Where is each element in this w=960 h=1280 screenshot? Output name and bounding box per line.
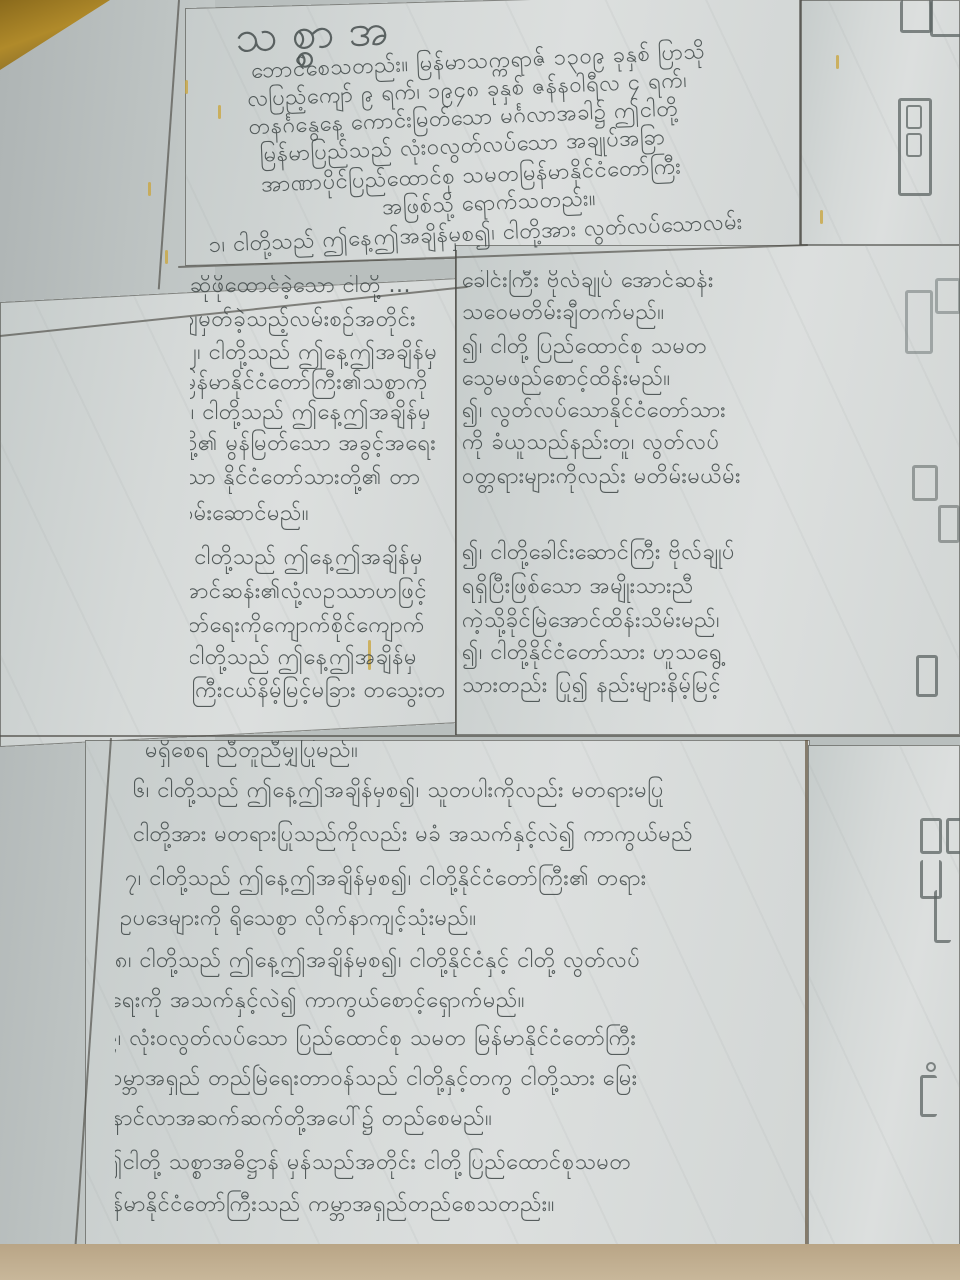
seam-bottom-right: [805, 740, 808, 1280]
inscription-line: ငါတို့အား မတရားပြုသည်ကိုလည်း မခံ အသက်နှင…: [133, 824, 693, 846]
inscription-line: ဥပဒေများကို ရိုသေစွာ လိုက်နာကျင့်သုံးမည်…: [120, 908, 477, 930]
inscription-line: မြန်မာနိုင်ငံတော်ကြီး၏သစ္စာကို: [190, 372, 428, 394]
inscription-line: မြန်မာနိုင်ငံတော်ကြီးသည် ကမ္ဘာအရှည်တည်စေ…: [115, 1194, 555, 1216]
inscription-line: နောင်လာအဆက်ဆက်တို့အပေါ်၌ တည်စေမည်။: [115, 1108, 492, 1130]
bottom-slab-text: မရှိစေရ ညီတူညီမျှပြုမည်။ ၆၊ ငါတို့သည် ဤန…: [115, 740, 805, 1260]
inscription-line: ထမ်းဆောင်မည်။: [190, 503, 309, 525]
marble-inscription-photo: သ စ္စာ အ ဘောင်စေသတည်း။ မြန်မာသက္ကရာဇ် ၁၃…: [0, 0, 960, 1280]
large-glyph-outline: [926, 1062, 936, 1072]
inscription-line: ၍၊ ငါတို့ခေါင်းဆောင်ကြီး ဗိုလ်ချုပ်: [462, 542, 735, 564]
inscription-line: ကဲ့သို့ခိုင်မြဲအောင်ထိန်းသိမ်းမည်၊: [462, 610, 720, 632]
inscription-line: ၄၊ ငါတို့သည် ဤနေ့ဤအချိန်မှ: [190, 547, 423, 569]
large-glyph-outline: [905, 290, 933, 354]
inscription-line: သဝေမတိမ်းချီတက်မည်။: [462, 302, 665, 324]
inscription-line: သော နိုင်ငံတော်သားတို့၏ တာ: [190, 467, 420, 489]
inscription-line: ကမ္ဘာအရှည် တည်မြဲရေးတာဝန်သည် ငါတို့နှင့်…: [115, 1068, 638, 1090]
gold-stain: [185, 80, 188, 94]
top-slab-text: ဘောင်စေသတည်း။ မြန်မာသက္ကရာဇ် ၁၃၀၉ ခုနှစ်…: [226, 38, 794, 262]
inscription-line: ဝတ္တရားများကိုလည်း မတိမ်းမယိမ်း: [462, 466, 741, 488]
gold-stain: [836, 55, 839, 69]
inscription-line: ၇၊ ငါတို့သည် ဤနေ့ဤအချိန်မှစ၍၊ ငါတို့နိုင…: [125, 868, 647, 890]
inscription-line: ကို ကြီးငယ်နိမ့်မြင့်မခြား တသွေးတ: [190, 680, 446, 702]
large-glyph-outline: [906, 133, 922, 157]
inscription-line: ရေးကို အသက်နှင့်လဲ၍ ကာကွယ်စောင့်ရှောက်မည…: [115, 990, 525, 1012]
inscription-line: အောင်ဆန်း၏လုံ့လဥဿာဟဖြင့်: [190, 581, 427, 603]
inscription-line: ၍၊ ငါတို့ ပြည်ထောင်စု သမတ: [462, 336, 707, 358]
inscription-line: ၂၊ ငါတို့သည် ဤနေ့ဤအချိန်မှ: [190, 342, 437, 364]
gold-stain: [148, 182, 151, 196]
inscription-line: ရရှိပြီးဖြစ်သော အမျိုးသားညီ: [462, 576, 694, 598]
inscription-line: တို့၏ မွန်မြတ်သော အခွင့်အရေး: [190, 433, 436, 455]
inscription-line: ၆၊ ငါတို့သည် ဤနေ့ဤအချိန်မှစ၍၊ သူတပါးကိုလ…: [133, 780, 664, 802]
large-glyph-outline: [938, 505, 960, 543]
large-glyph-outline: [920, 818, 942, 854]
large-glyph-outline: [946, 818, 960, 854]
large-glyph-outline: [912, 465, 938, 501]
seam-lower-horizontal: [0, 735, 960, 737]
seam-mid-vertical: [455, 250, 457, 735]
inscription-line: ၅၊ ငါတို့သည် ဤနေ့ဤအချိန်မှ: [190, 647, 417, 669]
inscription-line: မရှိစေရ ညီတူညီမျှပြုမည်။: [145, 740, 358, 762]
inscription-heading: သ စ္စာ အ: [234, 8, 390, 60]
inscription-line: ၍၊ လွတ်လပ်သောနိုင်ငံတော်သား: [462, 400, 726, 422]
gold-stain: [165, 250, 168, 264]
inscription-line: ၍၊ ငါတို့နိုင်ငံတော်သား ဟူသရွေ့: [462, 642, 722, 664]
large-glyph-outline: [906, 105, 922, 129]
inscription-line: သွေမဖည်စောင့်ထိန်းမည်။: [462, 368, 671, 390]
large-glyph-outline: [900, 0, 932, 33]
floor-edge: [0, 1244, 960, 1280]
seam-right-vertical: [800, 0, 802, 245]
gold-stain: [218, 105, 221, 119]
large-glyph-outline: [916, 655, 938, 697]
middle-right-text: ခေါင်းကြီး ဗိုလ်ချုပ် အောင်ဆန်း သဝေမတိမ်…: [462, 270, 762, 735]
large-glyph-outline: [920, 1075, 937, 1117]
large-glyph-outline: [934, 890, 951, 943]
inscription-line: သားတည်း ပြု၍ နည်းများနိမ့်မြင့်: [462, 675, 721, 697]
inscription-line: အဖြစ်သို့ ရောက်သတည်း။: [382, 188, 597, 219]
inscription-line: ဤငါတို့ သစ္စာအဓိဋ္ဌာန် မှန်သည်အတိုင်း ငါ…: [115, 1152, 631, 1174]
inscription-line: ၃၊ ငါတို့သည် ဤနေ့ဤအချိန်မှ: [190, 402, 431, 424]
inscription-line: ခေါင်းကြီး ဗိုလ်ချုပ် အောင်ဆန်း: [462, 270, 714, 292]
middle-left-text: ဆိုဖိုထောင်ခဲ့သော ငါတို့ ... ချမှတ်ခဲ့သည…: [190, 275, 455, 735]
inscription-line: ၈၊ ငါတို့သည် ဤနေ့ဤအချိန်မှစ၍၊ ငါတို့နိုင…: [115, 950, 640, 972]
inscription-line: ကို ခံယူသည်နည်းတူ၊ လွတ်လပ်: [462, 432, 720, 454]
inscription-line: သွတ်ရေးကိုကျောက်စိုင်ကျောက်: [190, 615, 425, 637]
inscription-line: ဆိုဖိုထောင်ခဲ့သော ငါတို့ ...: [190, 275, 411, 297]
large-glyph-outline: [935, 278, 960, 314]
inscription-line: ချမှတ်ခဲ့သည့်လမ်းစဉ်အတိုင်း: [190, 309, 416, 331]
large-glyph-outline: [930, 0, 960, 37]
gold-stain: [820, 210, 823, 224]
inscription-line: ၉၊ လုံးဝလွတ်လပ်သော ပြည်ထောင်စု သမတ မြန်မ…: [115, 1028, 636, 1050]
